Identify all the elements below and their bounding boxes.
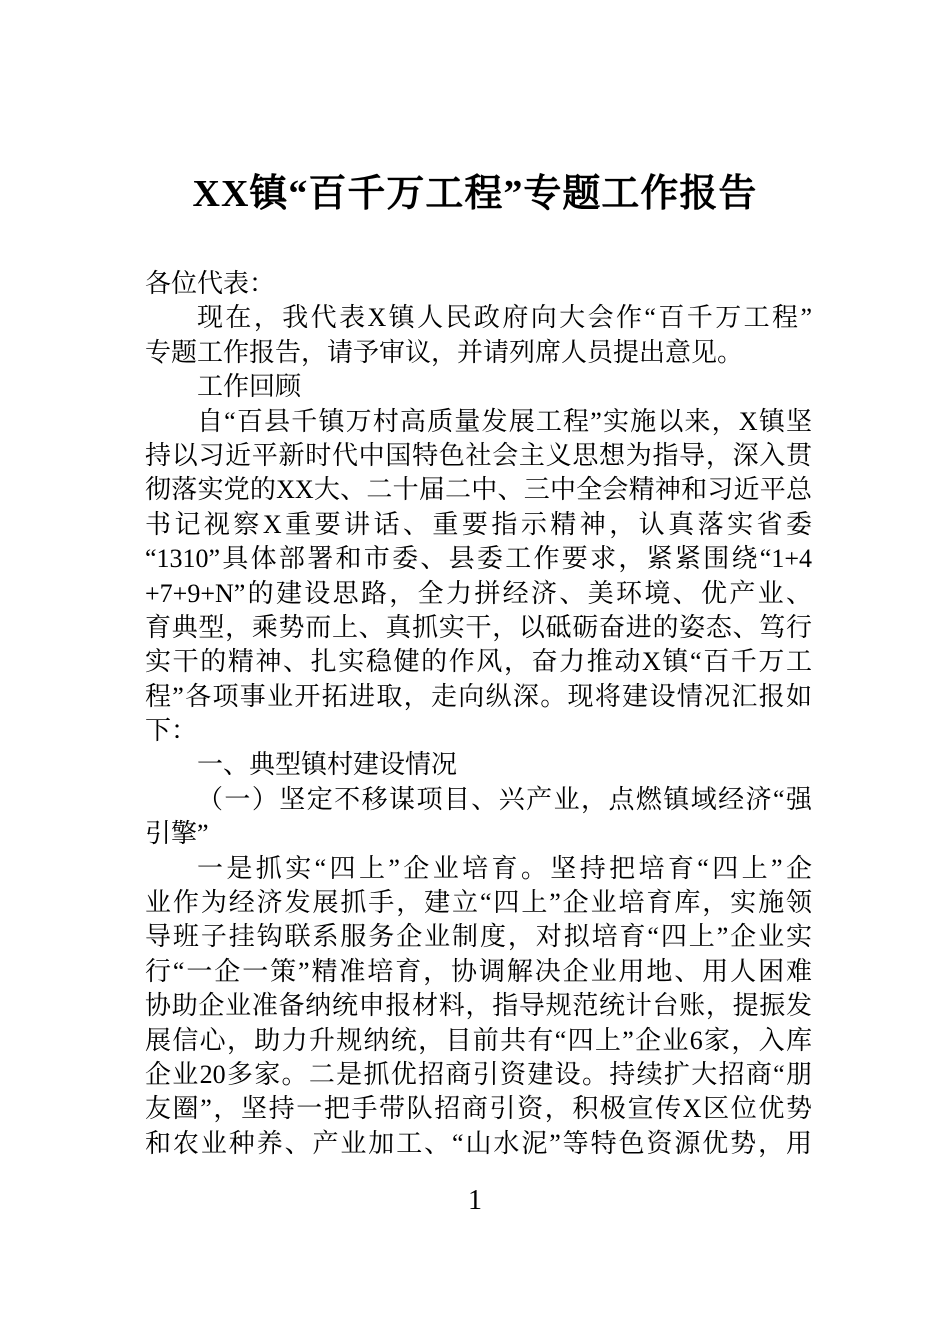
text-line: 一、典型镇村建设情况 [145,748,812,782]
text-line: 专题工作报告，请予审议，并请列席人员提出意见。 [145,336,812,370]
text-line: （一）坚定不移谋项目、兴产业，点燃镇域经济“强 [145,783,812,817]
text-line: 现在，我代表X镇人民政府向大会作“百千万工程” [145,301,812,335]
text-line: 引擎” [145,817,812,851]
text-line: 业作为经济发展抓手，建立“四上”企业培育库，实施领 [145,886,812,920]
paragraph: 各位代表： [145,267,812,301]
text-line: 自“百县千镇万村高质量发展工程”实施以来，X镇坚 [145,405,812,439]
text-line: 展信心，助力升规纳统，目前共有“四上”企业6家，入库 [145,1024,812,1058]
text-line: “1310”具体部署和市委、县委工作要求，紧紧围绕“1+4 [145,542,812,576]
paragraph: （一）坚定不移谋项目、兴产业，点燃镇域经济“强引擎” [145,783,812,852]
text-line: 行“一企一策”精准培育，协调解决企业用地、用人困难 [145,955,812,989]
text-line: 友圈”，坚持一把手带队招商引资，积极宣传X区位优势 [145,1092,812,1126]
text-line: 导班子挂钩联系服务企业制度，对拟培育“四上”企业实 [145,920,812,954]
document-page: XX镇“百千万工程”专题工作报告 各位代表：现在，我代表X镇人民政府向大会作“百… [0,0,950,1344]
text-line: 书记视察X重要讲话、重要指示精神，认真落实省委 [145,508,812,542]
text-line: 彻落实党的XX大、二十届二中、三中全会精神和习近平总 [145,473,812,507]
paragraph: 自“百县千镇万村高质量发展工程”实施以来，X镇坚持以习近平新时代中国特色社会主义… [145,405,812,749]
text-line: 一是抓实“四上”企业培育。坚持把培育“四上”企 [145,852,812,886]
paragraph: 一是抓实“四上”企业培育。坚持把培育“四上”企业作为经济发展抓手，建立“四上”企… [145,852,812,1162]
page-footer: 1 [0,1184,950,1218]
text-line: 育典型，乘势而上、真抓实干，以砥砺奋进的姿态、笃行 [145,611,812,645]
paragraph: 工作回顾 [145,370,812,404]
document-body: 各位代表：现在，我代表X镇人民政府向大会作“百千万工程”专题工作报告，请予审议，… [0,267,950,1161]
text-line: 工作回顾 [145,370,812,404]
text-line: 实干的精神、扎实稳健的作风，奋力推动X镇“百千万工 [145,645,812,679]
text-line: +7+9+N”的建设思路，全力拼经济、美环境、优产业、 [145,577,812,611]
text-line: 程”各项事业开拓进取，走向纵深。现将建设情况汇报如 [145,680,812,714]
text-line: 协助企业准备纳统申报材料，指导规范统计台账，提振发 [145,989,812,1023]
text-line: 各位代表： [145,267,812,301]
page-number: 1 [468,1185,482,1216]
text-line: 企业20多家。二是抓优招商引资建设。持续扩大招商“朋 [145,1058,812,1092]
paragraph: 一、典型镇村建设情况 [145,748,812,782]
text-line: 和农业种养、产业加工、“山水泥”等特色资源优势，用 [145,1127,812,1161]
text-line: 下： [145,714,812,748]
document-title: XX镇“百千万工程”专题工作报告 [0,0,950,221]
text-line: 持以习近平新时代中国特色社会主义思想为指导，深入贯 [145,439,812,473]
paragraph: 现在，我代表X镇人民政府向大会作“百千万工程”专题工作报告，请予审议，并请列席人… [145,301,812,370]
